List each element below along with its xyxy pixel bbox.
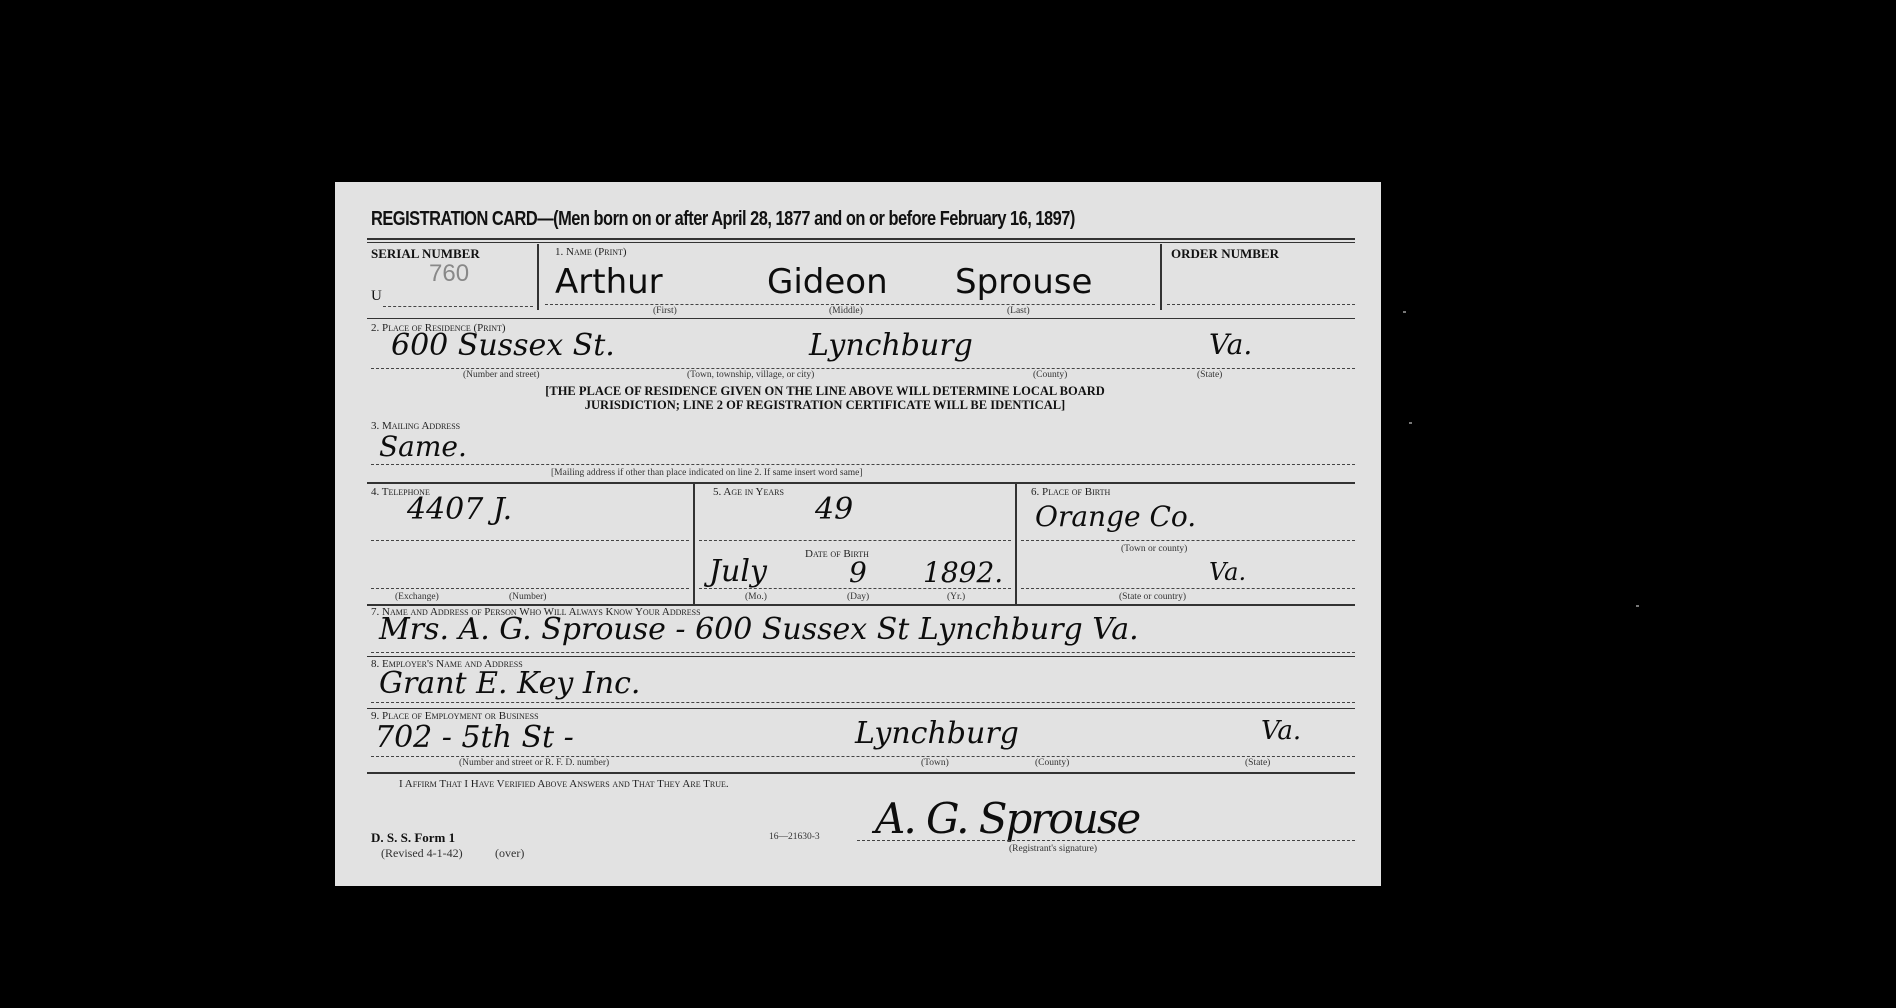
telephone-line-1 <box>371 540 689 541</box>
telephone-line-2 <box>371 588 689 589</box>
signature-caption: (Registrant's signature) <box>1009 844 1097 854</box>
col-divider-2 <box>1015 484 1017 604</box>
mailing-line <box>371 464 1355 465</box>
caption-state: (State) <box>1197 370 1222 380</box>
caption-middle: (Middle) <box>829 306 863 316</box>
row7-rule <box>367 656 1355 657</box>
caption-emp-county: (County) <box>1035 758 1069 768</box>
print-code: 16—21630-3 <box>769 832 820 842</box>
caption-emp-town: (Town) <box>921 758 949 768</box>
birthplace-label: 6. Place of Birth <box>1031 486 1110 498</box>
caption-year: (Yr.) <box>947 592 965 602</box>
telephone-value: 4407 J. <box>407 492 512 527</box>
caption-state-country: (State or country) <box>1119 592 1186 602</box>
serial-prefix: U <box>371 288 382 305</box>
caption-first: (First) <box>653 306 677 316</box>
scan-speck <box>1409 422 1412 424</box>
age-line <box>699 540 1011 541</box>
dob-day: 9 <box>849 556 867 589</box>
over-note: (over) <box>495 846 524 861</box>
notice-line-1: [THE PLACE OF RESIDENCE GIVEN ON THE LIN… <box>375 384 1275 398</box>
card-title: REGISTRATION CARD—(Men born on or after … <box>371 208 1075 231</box>
birthplace-state: Va. <box>1209 558 1246 586</box>
contact-value: Mrs. A. G. Sprouse - 600 Sussex St Lynch… <box>379 612 1139 647</box>
name-middle: Gideon <box>767 262 888 302</box>
name-last: Sprouse <box>955 262 1092 302</box>
title-rule-2 <box>367 242 1355 243</box>
employment-town: Lynchburg <box>855 716 1019 751</box>
birthplace-line-1 <box>1021 540 1355 541</box>
caption-town-county: (Town or county) <box>1121 544 1187 554</box>
serial-line <box>383 306 533 307</box>
affirmation-text: I Affirm That I Have Verified Above Answ… <box>399 778 729 790</box>
order-number-line <box>1167 304 1355 305</box>
registrant-signature: A. G. Sprouse <box>875 794 1139 843</box>
dob-year: 1892. <box>923 556 1003 589</box>
mailing-caption: [Mailing address if other than place ind… <box>551 468 863 478</box>
scan-speck <box>1636 605 1639 607</box>
order-divider <box>1160 244 1162 310</box>
form-revised: (Revised 4-1-42) <box>381 846 463 861</box>
age-label: 5. Age in Years <box>713 486 784 498</box>
caption-last: (Last) <box>1007 306 1030 316</box>
signature-line <box>857 840 1355 841</box>
notice-line-2: JURISDICTION; LINE 2 OF REGISTRATION CER… <box>375 398 1275 412</box>
residence-line <box>371 368 1355 369</box>
residence-notice: [THE PLACE OF RESIDENCE GIVEN ON THE LIN… <box>375 384 1275 412</box>
caption-county: (County) <box>1033 370 1067 380</box>
caption-street: (Number and street) <box>463 370 540 380</box>
birthplace-town: Orange Co. <box>1035 500 1196 533</box>
caption-exchange: (Exchange) <box>395 592 439 602</box>
registration-card: REGISTRATION CARD—(Men born on or after … <box>335 182 1381 886</box>
col-divider-1 <box>693 484 695 604</box>
caption-number: (Number) <box>509 592 546 602</box>
name-label: 1. Name (Print) <box>555 246 627 258</box>
residence-street: 600 Sussex St. <box>391 328 615 363</box>
residence-state: Va. <box>1209 328 1252 361</box>
dob-month: July <box>709 554 767 589</box>
form-number: D. S. S. Form 1 <box>371 830 455 846</box>
mailing-value: Same. <box>379 430 467 463</box>
caption-month: (Mo.) <box>745 592 767 602</box>
employer-line <box>371 702 1355 703</box>
name-line <box>545 304 1155 305</box>
employment-street: 702 - 5th St - <box>375 720 574 755</box>
serial-number-value: 760 <box>429 260 469 288</box>
employment-state: Va. <box>1261 716 1301 746</box>
birthplace-line-2 <box>1021 588 1355 589</box>
employer-value: Grant E. Key Inc. <box>379 666 640 701</box>
row9-rule <box>367 772 1355 774</box>
order-number-label: ORDER NUMBER <box>1171 246 1279 262</box>
row3-rule <box>367 482 1355 484</box>
row1-rule <box>367 318 1355 319</box>
caption-emp-state: (State) <box>1245 758 1270 768</box>
name-first: Arthur <box>555 262 663 302</box>
serial-divider <box>537 244 539 310</box>
contact-line <box>371 652 1355 653</box>
employment-line <box>371 756 1355 757</box>
caption-emp-street: (Number and street or R. F. D. number) <box>459 758 609 768</box>
residence-town: Lynchburg <box>809 328 973 363</box>
scan-speck <box>1403 311 1406 313</box>
dob-line <box>699 588 1011 589</box>
caption-day: (Day) <box>847 592 869 602</box>
caption-town: (Town, township, village, or city) <box>687 370 814 380</box>
row8-rule <box>367 708 1355 709</box>
title-rule <box>367 238 1355 240</box>
age-value: 49 <box>815 492 853 527</box>
